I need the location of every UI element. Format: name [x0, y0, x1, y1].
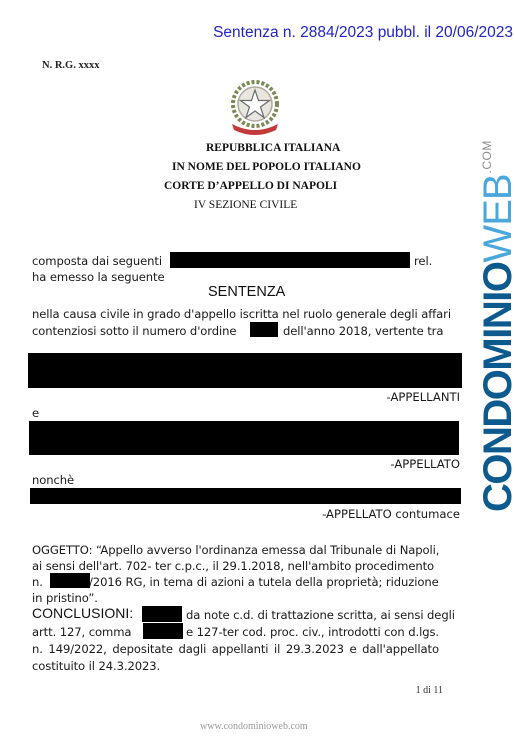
heading-section: IV SEZIONE CIVILE [194, 199, 297, 211]
sentenza-title: SENTENZA [208, 284, 285, 300]
footer-url: www.condominioweb.com [200, 721, 308, 732]
conclusioni-line-3: n. 149/2022, depositate dagli appellanti… [32, 642, 439, 656]
nonche-text: nonchè [32, 473, 74, 487]
causa-line-2b: dell'anno 2018, vertente tra [283, 324, 443, 338]
redaction-bar [143, 623, 183, 639]
causa-line-2a: contenziosi sotto il numero d'ordine [32, 324, 236, 338]
case-registry-number: N. R.G. xxxx [42, 60, 99, 71]
causa-line-1: nella causa civile in grado d'appello is… [32, 307, 451, 321]
conclusioni-line-4: costituito il 24.3.2023. [32, 659, 160, 673]
heading-republic: REPUBBLICA ITALIANA [206, 142, 340, 154]
redaction-bar [170, 252, 410, 268]
page-number: 1 di 11 [416, 685, 443, 696]
conclusioni-line-2b: e 127-ter cod. proc. civ., introdotti co… [186, 625, 439, 639]
redaction-bar [250, 322, 278, 337]
conclusioni-line-2a: artt. 127, comma [32, 625, 131, 639]
redaction-bar-appellato [29, 421, 459, 455]
composta-text: composta dai seguenti [32, 254, 162, 268]
oggetto-line-3a: n. [32, 575, 43, 589]
oggetto-line-4: in pristino”. [32, 591, 98, 605]
e-text: e [32, 406, 39, 420]
redaction-bar-appellanti [28, 353, 462, 388]
publication-stamp: Sentenza n. 2884/2023 pubbl. il 20/06/20… [213, 24, 513, 42]
watermark-condominio: CONDOMINIO [480, 263, 515, 512]
oggetto-line-3b: /2016 RG, in tema di azioni a tutela del… [89, 575, 439, 589]
appellato-contumace-label: -APPELLATO contumace [322, 507, 460, 521]
italian-republic-emblem-icon [226, 76, 284, 138]
conclusioni-line-1: da note c.d. di trattazione scritta, ai … [186, 608, 455, 622]
conclusioni-label: CONCLUSIONI: [32, 605, 133, 621]
watermark-com: .COM [480, 140, 494, 173]
appellato-label: -APPELLATO [390, 457, 460, 471]
rel-text: rel. [414, 254, 432, 268]
redaction-bar [142, 606, 182, 622]
heading-people: IN NOME DEL POPOLO ITALIANO [172, 161, 361, 173]
redaction-bar [50, 573, 90, 588]
redaction-bar-contumace [30, 488, 461, 504]
oggetto-line-1: OGGETTO: “Appello avverso l'ordinanza em… [32, 543, 439, 557]
emesso-text: ha emesso la seguente [32, 270, 165, 284]
heading-court: CORTE D’APPELLO DI NAPOLI [164, 180, 337, 192]
condominioweb-watermark: CONDOMINIOWEB.COM [480, 200, 515, 512]
oggetto-line-2: ai sensi dell'art. 702- ter c.p.c., il 2… [32, 559, 434, 573]
appellanti-label: -APPELLANTI [387, 390, 460, 404]
watermark-web: WEB [480, 174, 515, 262]
